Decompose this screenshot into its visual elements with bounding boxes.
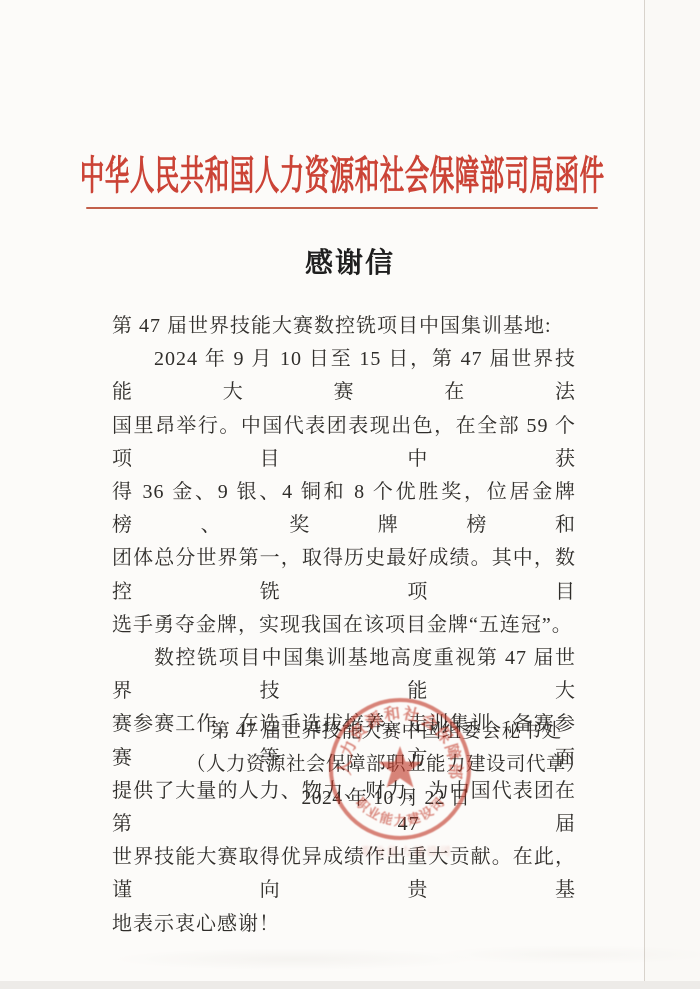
body-line: 世界技能大赛取得优异成绩作出重大贡献。在此，谨向贵基 [112, 841, 576, 907]
body-line: 选手勇夺金牌，实现我国在该项目金牌“五连冠”。 [112, 609, 576, 642]
letterhead-title-text: 中华人民共和国人力资源和社会保障部司局函件 [80, 143, 605, 201]
scanned-letter-page: 中华人民共和国人力资源和社会保障部司局函件 感谢信 第 47 届世界技能大赛数控… [0, 0, 700, 989]
letter-title: 感谢信 [100, 247, 600, 281]
body-line: 国里昂举行。中国代表团表现出色，在全部 59 个项目中获 [112, 410, 576, 476]
scan-bottom-strip [0, 981, 700, 989]
scan-right-strip [645, 0, 700, 989]
seal-echo-text: 职业能力建设司 [352, 843, 462, 859]
body-line: 团体总分世界第一，取得历史最好成绩。其中，数控铣项目 [112, 542, 576, 608]
seal-star-icon [378, 746, 422, 788]
letter-body: 第 47 届世界技能大赛数控铣项目中国集训基地:2024 年 9 月 10 日至… [112, 310, 576, 941]
letterhead-divider [86, 207, 598, 209]
body-line: 2024 年 9 月 10 日至 15 日，第 47 届世界技能大赛在法 [112, 343, 576, 409]
seal-bottom-text: 职业能力建设司 [353, 793, 449, 828]
svg-text:职业能力建设司: 职业能力建设司 [353, 793, 449, 828]
official-seal: 人力资源和社会保障部 职业能力建设司 [327, 696, 473, 842]
body-line: 得 36 金、9 银、4 铜和 8 个优胜奖，位居金牌榜、奖牌榜和 [112, 476, 576, 542]
scan-shadow-blotch [0, 930, 700, 975]
body-line: 第 47 届世界技能大赛数控铣项目中国集训基地: [112, 310, 576, 343]
letterhead-title: 中华人民共和国人力资源和社会保障部司局函件 [85, 143, 600, 178]
